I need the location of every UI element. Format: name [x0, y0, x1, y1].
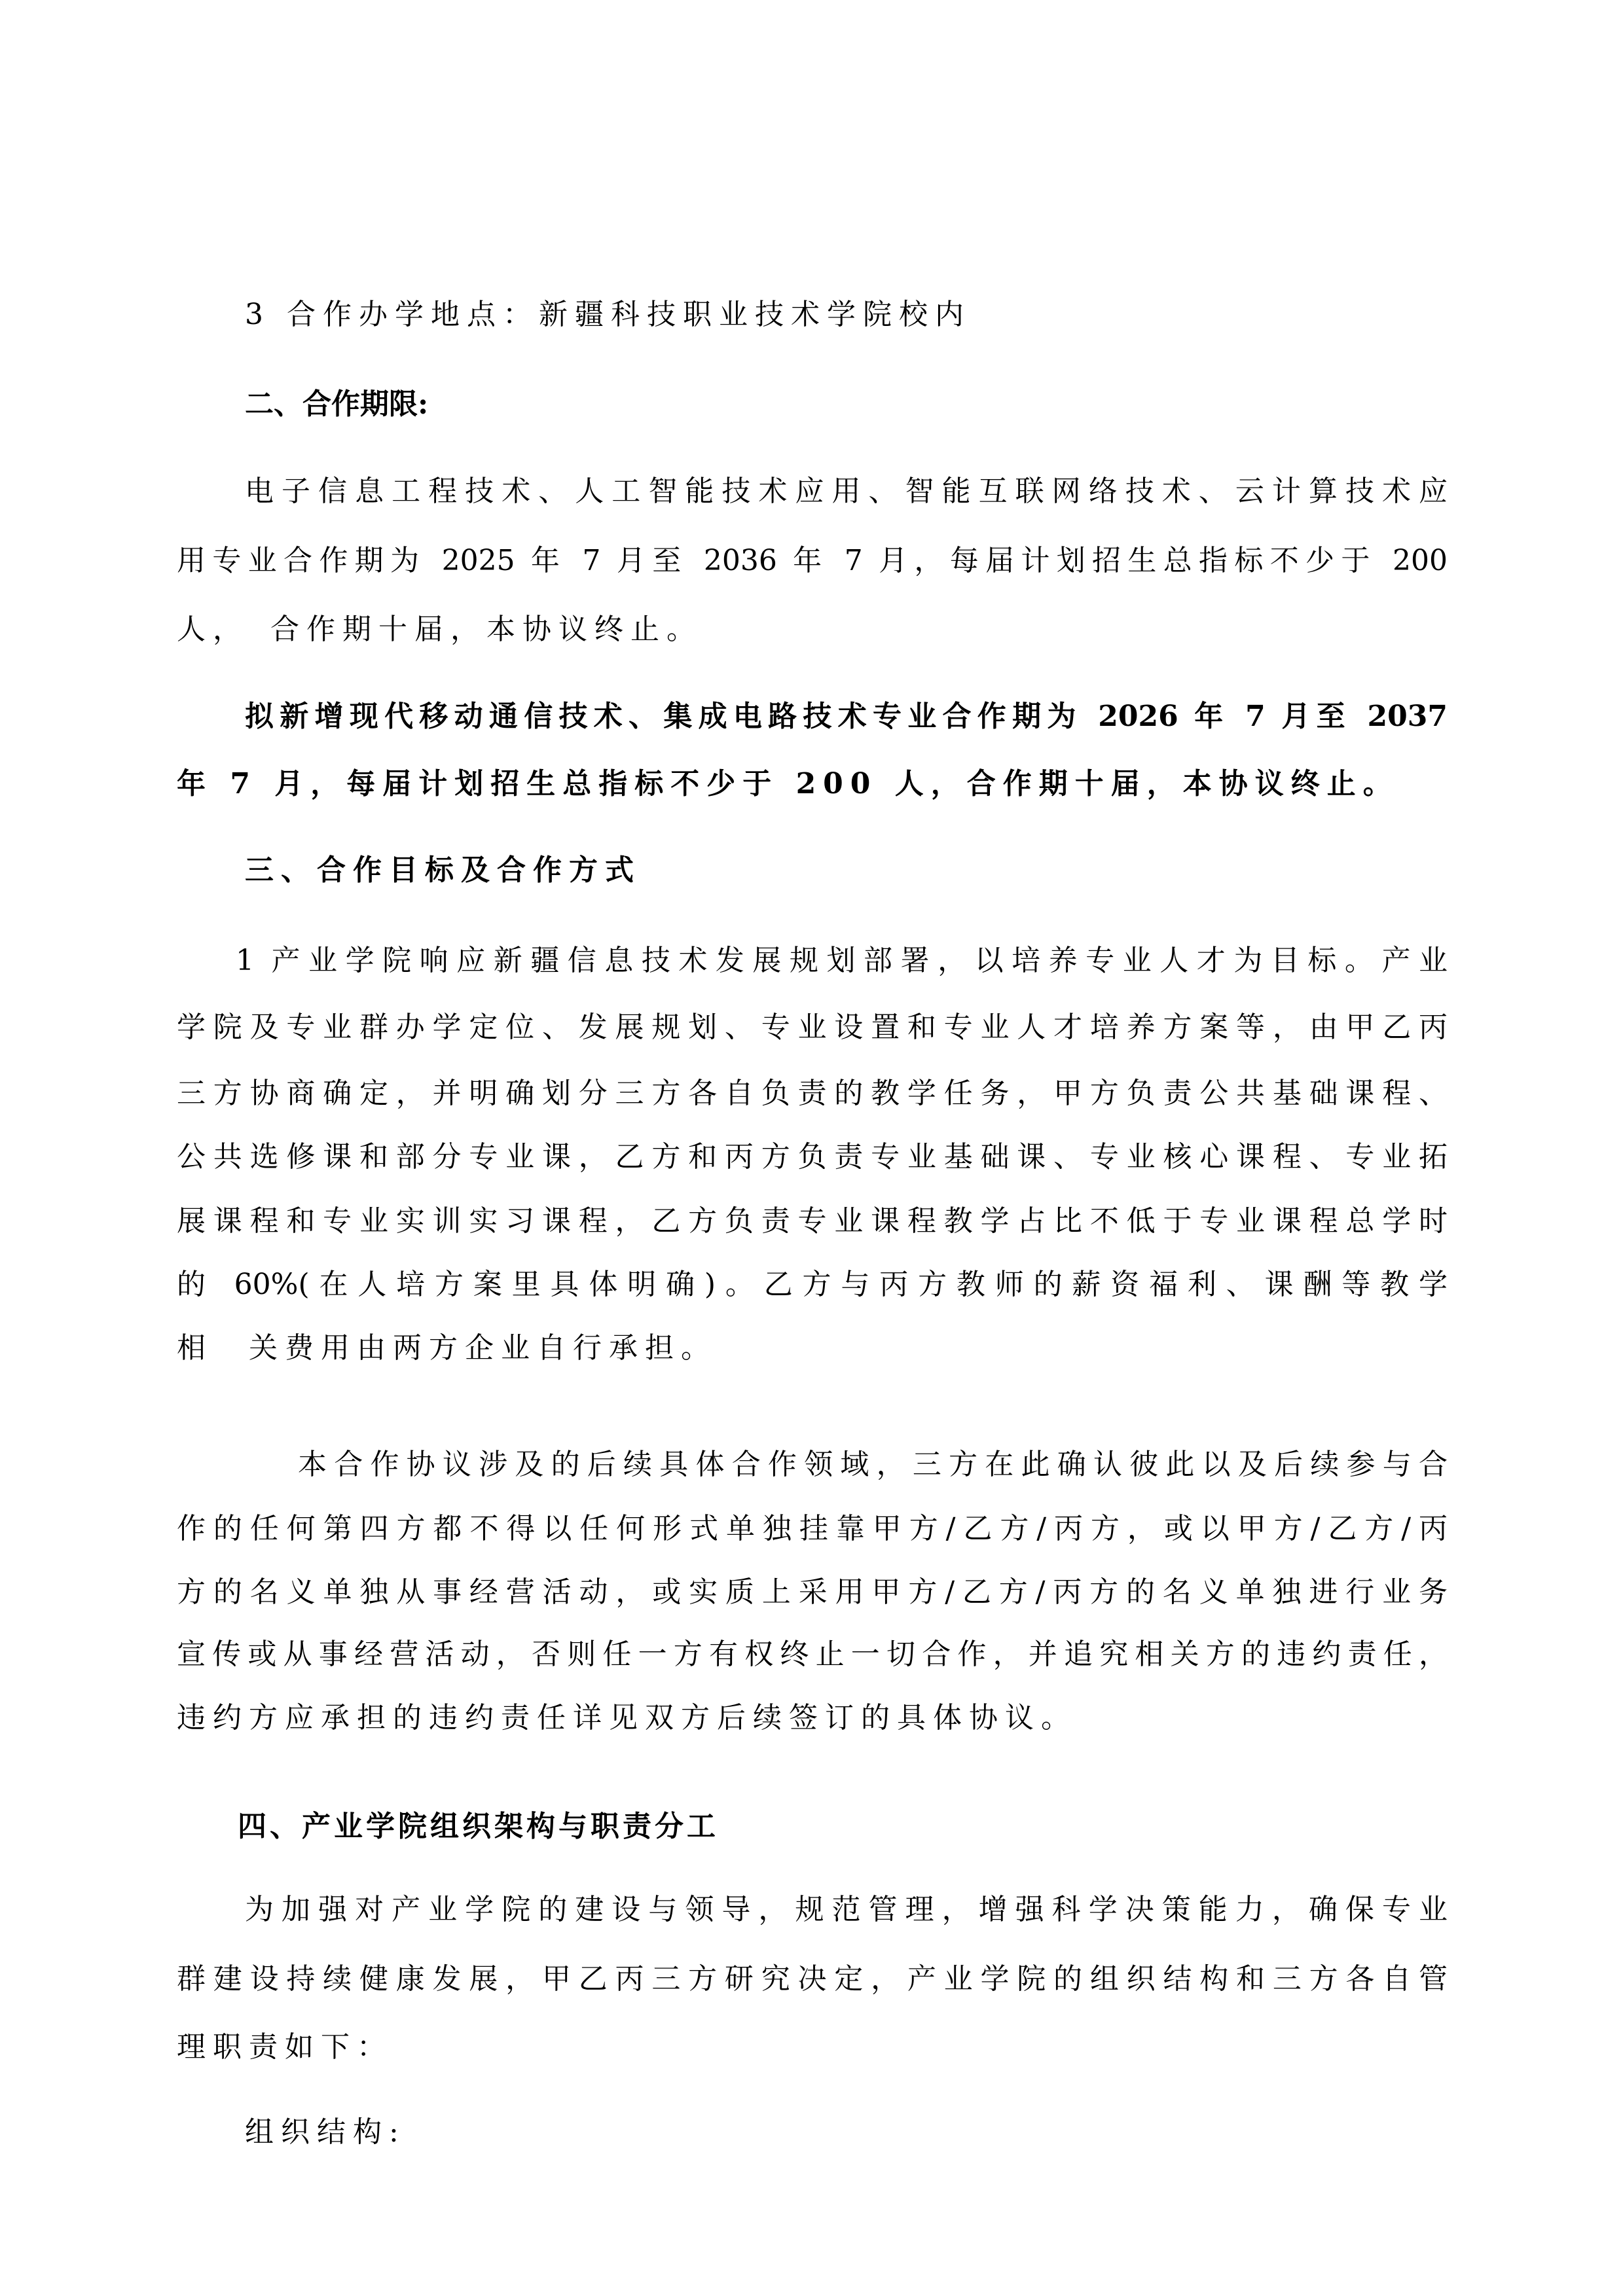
- para-scope-line-4: 违约方应承担的违约责任详见双方后续签订的具体协议。: [177, 1700, 1448, 1736]
- para-scope-line-1: 作的任何第四方都不得以任何形式单独挂靠甲方/乙方/丙方，或以甲方/乙方/丙: [177, 1511, 1448, 1547]
- para-electronics-line-1: 用专业合作期为 2025 年 7 月至 2036 年 7 月，每届计划招生总指标…: [177, 543, 1448, 579]
- para-goal-line-4: 展课程和专业实训实习课程，乙方负责专业课程教学占比不低于专业课程总学时: [177, 1203, 1448, 1240]
- para-electronics-line-2: 人， 合作期十届，本协议终止。: [177, 611, 1448, 648]
- org-structure-line: 组织结构:: [177, 2114, 1448, 2151]
- para-new-majors-line-0: 拟新增现代移动通信技术、集成电路技术专业合作期为 2026 年 7 月至 203…: [177, 698, 1448, 735]
- document-page: 3 合作办学地点：新疆科技职业技术学院校内 二、合作期限: 电子信息工程技术、人…: [0, 0, 1623, 2296]
- clause3-location-line: 3 合作办学地点：新疆科技职业技术学院校内: [177, 296, 1448, 333]
- para-management-line-0: 为加强对产业学院的建设与领导，规范管理，增强科学决策能力，确保专业: [177, 1892, 1448, 1928]
- heading-section-2: 二、合作期限:: [177, 386, 1448, 423]
- para-management-line-1: 群建设持续健康发展，甲乙丙三方研究决定，产业学院的组织结构和三方各自管: [177, 1961, 1448, 1998]
- para-scope-line-2: 方的名义单独从事经营活动，或实质上采用甲方/乙方/丙方的名义单独进行业务: [177, 1574, 1448, 1611]
- para-goal-line-6: 相 关费用由两方企业自行承担。: [177, 1330, 1448, 1367]
- heading-section-3: 三、合作目标及合作方式: [177, 852, 1448, 889]
- para-goal-line-2: 三方协商确定，并明确划分三方各自负责的教学任务，甲方负责公共基础课程、: [177, 1075, 1448, 1112]
- para-management-line-2: 理职责如下：: [177, 2029, 1448, 2066]
- para-scope-line-3: 宣传或从事经营活动，否则任一方有权终止一切合作，并追究相关方的违约责任，: [177, 1636, 1448, 1673]
- para-goal-line-0: 1 产业学院响应新疆信息技术发展规划部署，以培养专业人才为目标。产业: [177, 942, 1448, 979]
- heading-section-4: 四、产业学院组织架构与职责分工: [177, 1808, 1448, 1845]
- para-goal-line-3: 公共选修课和部分专业课，乙方和丙方负责专业基础课、专业核心课程、专业拓: [177, 1139, 1448, 1175]
- para-scope-line-0: 本合作协议涉及的后续具体合作领域，三方在此确认彼此以及后续参与合: [177, 1446, 1448, 1483]
- para-goal-line-1: 学院及专业群办学定位、发展规划、专业设置和专业人才培养方案等，由甲乙丙: [177, 1009, 1448, 1046]
- para-new-majors-line-1: 年 7 月，每届计划招生总指标不少于 200 人，合作期十届，本协议终止。: [177, 766, 1448, 802]
- para-goal-line-5: 的 60%(在人培方案里具体明确)。乙方与丙方教师的薪资福利、课酬等教学: [177, 1266, 1448, 1303]
- para-electronics-line-0: 电子信息工程技术、人工智能技术应用、智能互联网络技术、云计算技术应: [177, 473, 1448, 510]
